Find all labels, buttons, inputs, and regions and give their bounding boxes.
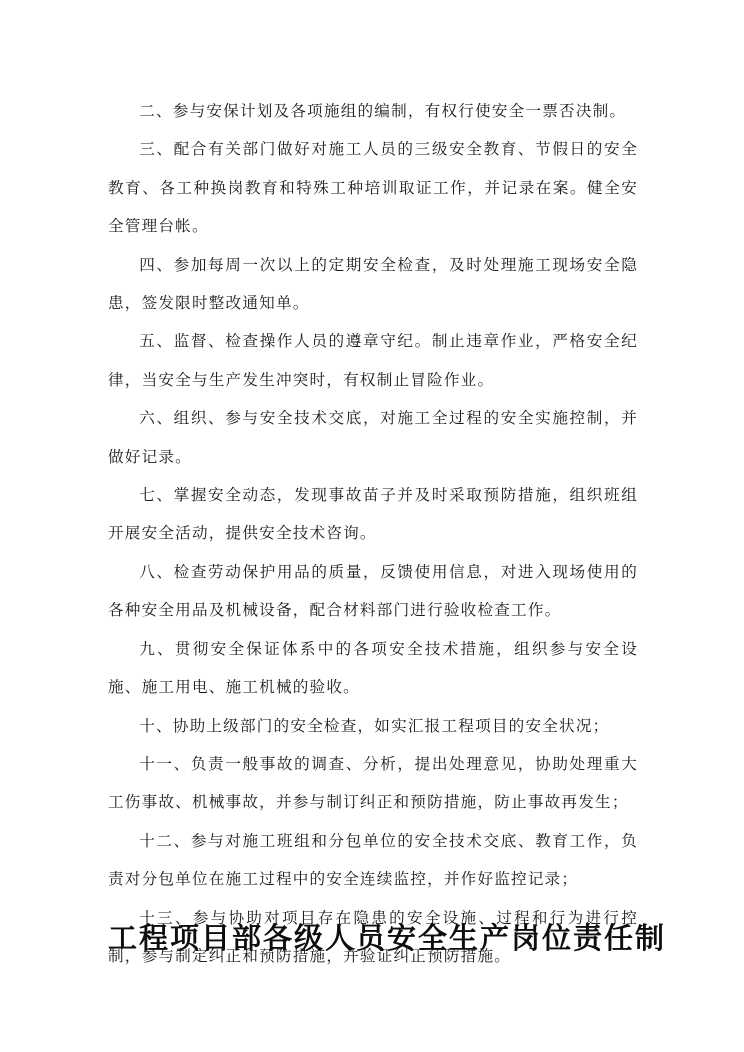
paragraph-2: 二、参与安保计划及各项施组的编制，有权行使安全一票否决制。 [108,92,638,130]
paragraph-4: 四、参加每周一次以上的定期安全检查，及时处理施工现场安全隐患，签发限时整改通知单… [108,246,638,323]
paragraph-10: 十、协助上级部门的安全检查，如实汇报工程项目的安全状况； [108,707,638,745]
paragraph-6: 六、组织、参与安全技术交底，对施工全过程的安全实施控制，并做好记录。 [108,399,638,476]
paragraph-3: 三、配合有关部门做好对施工人员的三级安全教育、节假日的安全教育、各工种换岗教育和… [108,130,638,245]
paragraph-7: 七、掌握安全动态，发现事故苗子并及时采取预防措施，组织班组开展安全活动，提供安全… [108,476,638,553]
paragraph-5: 五、监督、检查操作人员的遵章守纪。制止违章作业，严格安全纪律，当安全与生产发生冲… [108,322,638,399]
section-heading: 工程项目部各级人员安全生产岗位责任制 [108,916,666,957]
paragraph-8: 八、检查劳动保护用品的质量，反馈使用信息，对进入现场使用的各种安全用品及机械设备… [108,553,638,630]
document-body: 二、参与安保计划及各项施组的编制，有权行使安全一票否决制。 三、配合有关部门做好… [108,92,638,975]
paragraph-11: 十一、负责一般事故的调查、分析，提出处理意见，协助处理重大工伤事故、机械事故，并… [108,745,638,822]
paragraph-9: 九、贯彻安全保证体系中的各项安全技术措施，组织参与安全设施、施工用电、施工机械的… [108,630,638,707]
paragraph-12: 十二、参与对施工班组和分包单位的安全技术交底、教育工作，负责对分包单位在施工过程… [108,822,638,899]
